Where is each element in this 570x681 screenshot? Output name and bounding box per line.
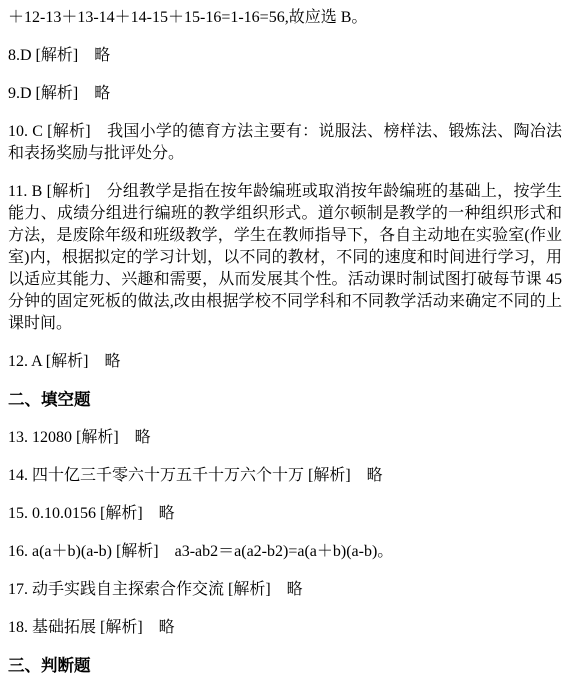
continuation-line: ＋12-13＋13-14＋14-15＋15-16=1-16=56,故应选 B。 (8, 7, 562, 29)
answer-item-8: 8.D [解析] 略 (8, 45, 562, 67)
document-page: ＋12-13＋13-14＋14-15＋15-16=1-16=56,故应选 B。 … (0, 0, 570, 681)
answer-item-17: 17. 动手实践自主探索合作交流 [解析] 略 (8, 579, 562, 601)
answer-item-15: 15. 0.10.0156 [解析] 略 (8, 503, 562, 525)
answer-item-18: 18. 基础拓展 [解析] 略 (8, 617, 562, 639)
answer-item-14: 14. 四十亿三千零六十万五千十万六个十万 [解析] 略 (8, 465, 562, 487)
answer-item-12: 12. A [解析] 略 (8, 351, 562, 373)
answer-item-16: 16. a(a＋b)(a-b) [解析] a3-ab2＝a(a2-b2)=a(a… (8, 541, 562, 563)
section-heading-true-false: 三、判断题 (8, 655, 562, 677)
section-heading-fill-in: 二、填空题 (8, 389, 562, 411)
answer-item-10: 10. C [解析] 我国小学的德育方法主要有：说服法、榜样法、锻炼法、陶冶法和… (8, 121, 562, 165)
answer-item-9: 9.D [解析] 略 (8, 83, 562, 105)
answer-item-13: 13. 12080 [解析] 略 (8, 427, 562, 449)
answer-item-11: 11. B [解析] 分组教学是指在按年龄编班或取消按年龄编班的基础上，按学生能… (8, 181, 562, 335)
